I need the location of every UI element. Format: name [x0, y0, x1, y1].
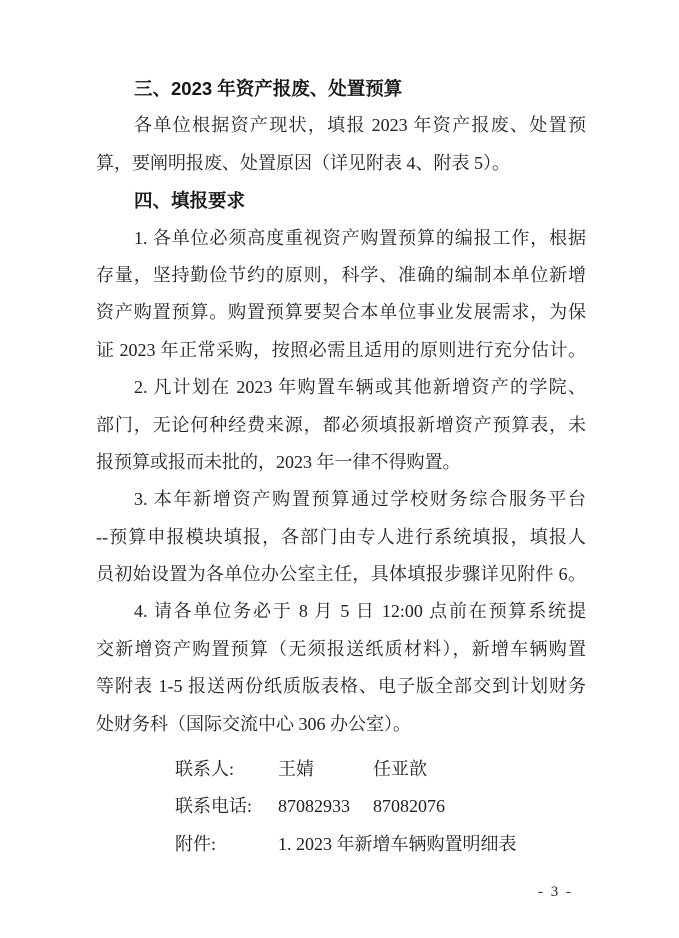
paragraph-line: 报预算或报而未批的，2023 年一律不得购置。: [96, 444, 586, 481]
page-number: - 3 -: [538, 884, 573, 901]
contact-phone-row: 联系电话:8708293387082076: [175, 788, 586, 825]
attachment-title: 1. 2023 年新增车辆购置明细表: [278, 834, 517, 854]
contact-phone-label: 联系电话:: [175, 788, 278, 825]
section-heading-4: 四、填报要求: [96, 182, 586, 219]
paragraph-line: 算，要阐明报废、处置原因（详见附表 4、附表 5）。: [96, 145, 586, 182]
contact-block: 联系人:王婧任亚歆 联系电话:8708293387082076 附件:1. 20…: [175, 751, 586, 863]
paragraph-line: 2. 凡计划在 2023 年购置车辆或其他新增资产的学院、: [96, 369, 586, 406]
paragraph-line: 3. 本年新增资产购置预算通过学校财务综合服务平台: [96, 481, 586, 518]
paragraph-line: 员初始设置为各单位办公室主任，具体填报步骤详见附件 6。: [96, 556, 586, 593]
attachment-row: 附件:1. 2023 年新增车辆购置明细表: [175, 826, 586, 863]
contact-phone-number-2: 87082076: [373, 796, 445, 816]
paragraph-line: 资产购置预算。购置预算要契合本单位事业发展需求，为保: [96, 294, 586, 331]
paragraph-line: --预算申报模块填报，各部门由专人进行系统填报，填报人: [96, 519, 586, 556]
paragraph-line: 4. 请各单位务必于 8 月 5 日 12:00 点前在预算系统提: [96, 593, 586, 630]
attachment-label: 附件:: [175, 826, 278, 863]
paragraph-line: 部门，无论何种经费来源，都必须填报新增资产预算表，未: [96, 407, 586, 444]
document-body: 三、2023 年资产报废、处置预算 各单位根据资产现状，填报 2023 年资产报…: [96, 70, 586, 863]
paragraph-line: 处财务科（国际交流中心 306 办公室）。: [96, 706, 586, 743]
contact-person-row: 联系人:王婧任亚歆: [175, 751, 586, 788]
contact-person-name-2: 任亚歆: [373, 759, 427, 779]
section-heading-3: 三、2023 年资产报废、处置预算: [96, 70, 586, 107]
paragraph-line: 交新增资产购置预算（无须报送纸质材料），新增车辆购置: [96, 631, 586, 668]
contact-person-label: 联系人:: [175, 751, 278, 788]
document-page: 三、2023 年资产报废、处置预算 各单位根据资产现状，填报 2023 年资产报…: [0, 0, 679, 938]
contact-phone-number-1: 87082933: [278, 788, 373, 825]
paragraph-line: 等附表 1-5 报送两份纸质版表格、电子版全部交到计划财务: [96, 668, 586, 705]
paragraph-line: 1. 各单位必须高度重视资产购置预算的编报工作，根据: [96, 220, 586, 257]
paragraph-line: 存量，坚持勤俭节约的原则，科学、准确的编制本单位新增: [96, 257, 586, 294]
paragraph-line: 证 2023 年正常采购，按照必需且适用的原则进行充分估计。: [96, 332, 586, 369]
contact-person-name-1: 王婧: [278, 751, 373, 788]
paragraph-line: 各单位根据资产现状，填报 2023 年资产报废、处置预: [96, 107, 586, 144]
